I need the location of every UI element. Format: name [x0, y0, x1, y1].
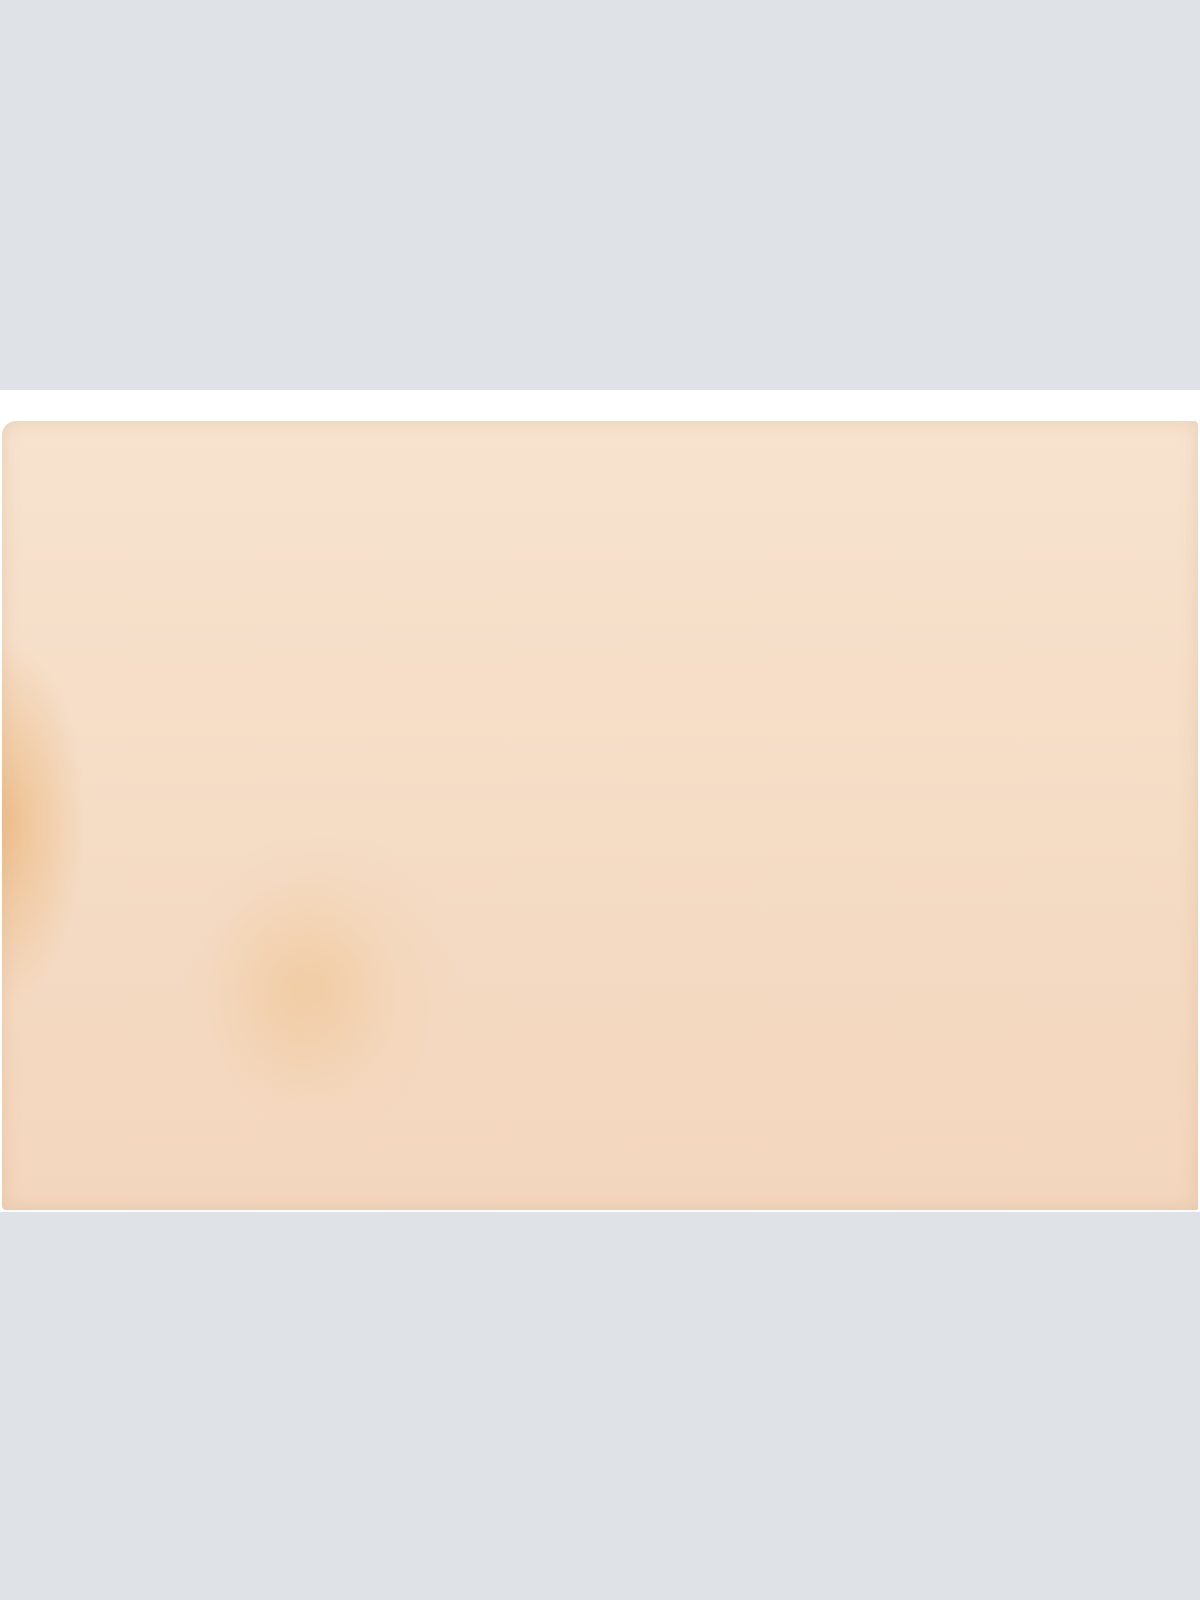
postcard-back: [2, 421, 1198, 1210]
viewer-background-top: [0, 0, 1200, 390]
viewer-background-bottom: [0, 1212, 1200, 1600]
